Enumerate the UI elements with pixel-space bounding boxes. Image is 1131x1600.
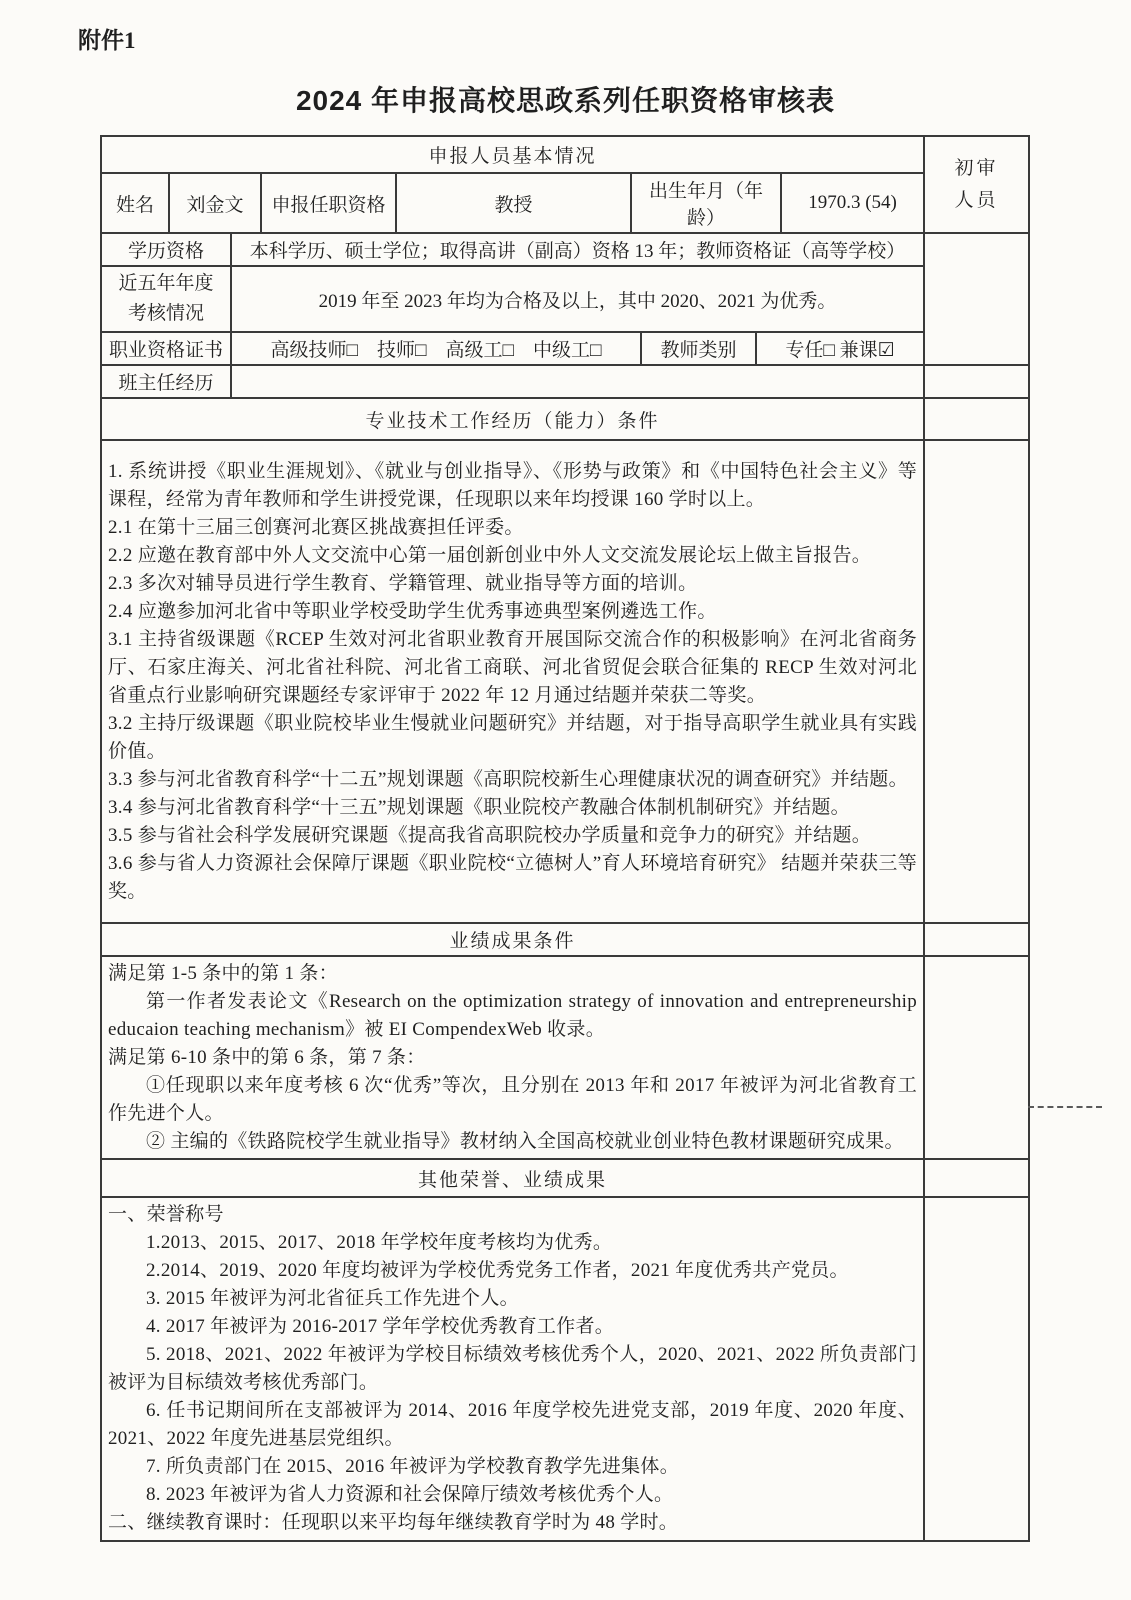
section3-paragraphs: 一、荣誉称号1.2013、2015、2017、2018 年学校年度考核均为优秀。… bbox=[108, 1201, 917, 1537]
section2-content: 满足第 1-5 条中的第 1 条：第一作者发表论文《Research on th… bbox=[101, 956, 924, 1159]
birth-label: 出生年月（年龄） bbox=[631, 173, 781, 233]
section3-title: 其他荣誉、业绩成果 bbox=[101, 1159, 924, 1197]
paragraph: ①任现职以来年度考核 6 次“优秀”等次，且分别在 2013 年和 2017 年… bbox=[108, 1072, 917, 1128]
section3-content: 一、荣誉称号1.2013、2015、2017、2018 年学校年度考核均为优秀。… bbox=[101, 1197, 924, 1541]
paragraph: 5. 2018、2021、2022 年被评为学校目标绩效考核优秀个人，2020、… bbox=[108, 1341, 917, 1397]
appraisal-label: 近五年年度 考核情况 bbox=[101, 266, 231, 332]
row-basic-info-header: 申报人员基本情况 初审 人员 bbox=[101, 136, 1029, 173]
basic-info-section-title: 申报人员基本情况 bbox=[101, 136, 924, 173]
row-education: 学历资格 本科学历、硕士学位；取得高讲（副高）资格 13 年；教师资格证（高等学… bbox=[101, 233, 1029, 266]
education-label: 学历资格 bbox=[101, 233, 231, 266]
paragraph: 3.2 主持厅级课题《职业院校毕业生慢就业问题研究》并结题，对于指导高职学生就业… bbox=[108, 710, 917, 766]
reviewer-cell-section2-header bbox=[924, 923, 1029, 956]
education-value: 本科学历、硕士学位；取得高讲（副高）资格 13 年；教师资格证（高等学校） bbox=[231, 233, 924, 266]
paragraph: 1. 系统讲授《职业生涯规划》、《就业与创业指导》、《形势与政策》和《中国特色社… bbox=[108, 458, 917, 514]
row-section1-content: 1. 系统讲授《职业生涯规划》、《就业与创业指导》、《形势与政策》和《中国特色社… bbox=[101, 440, 1029, 923]
row-section2-header: 业绩成果条件 bbox=[101, 923, 1029, 956]
paragraph: 8. 2023 年被评为省人力资源和社会保障厅绩效考核优秀个人。 bbox=[108, 1481, 917, 1509]
homeroom-label: 班主任经历 bbox=[101, 365, 231, 398]
page-title: 2024 年申报高校思政系列任职资格审核表 bbox=[0, 79, 1131, 119]
paragraph: 7. 所负责部门在 2015、2016 年被评为学校教育教学先进集体。 bbox=[108, 1453, 917, 1481]
paragraph: 2.2014、2019、2020 年度均被评为学校优秀党务工作者，2021 年度… bbox=[108, 1257, 917, 1285]
paragraph: 3.6 参与省人力资源社会保障厅课题《职业院校“立德树人”育人环境培育研究》 结… bbox=[108, 850, 917, 906]
section1-content: 1. 系统讲授《职业生涯规划》、《就业与创业指导》、《形势与政策》和《中国特色社… bbox=[101, 440, 924, 923]
section2-title: 业绩成果条件 bbox=[101, 923, 924, 956]
name-value: 刘金文 bbox=[169, 173, 261, 233]
reviewer-cell-section3-header bbox=[924, 1159, 1029, 1197]
row-section3-content: 一、荣誉称号1.2013、2015、2017、2018 年学校年度考核均为优秀。… bbox=[101, 1197, 1029, 1541]
appraisal-value: 2019 年至 2023 年均为合格及以上，其中 2020、2021 为优秀。 bbox=[231, 266, 924, 332]
dashed-cut-mark bbox=[1028, 1106, 1102, 1108]
section1-paragraphs: 1. 系统讲授《职业生涯规划》、《就业与创业指导》、《形势与政策》和《中国特色社… bbox=[108, 458, 917, 906]
section1-title: 专业技术工作经历（能力）条件 bbox=[101, 398, 924, 440]
certificate-label: 职业资格证书 bbox=[101, 332, 231, 365]
paragraph: 2.3 多次对辅导员进行学生教育、学籍管理、就业指导等方面的培训。 bbox=[108, 570, 917, 598]
paragraph: 满足第 1-5 条中的第 1 条： bbox=[108, 960, 917, 988]
review-form-table: 申报人员基本情况 初审 人员 姓名 刘金文 申报任职资格 教授 出生年月（年龄）… bbox=[100, 135, 1030, 1542]
paragraph: 4. 2017 年被评为 2016-2017 学年学校优秀教育工作者。 bbox=[108, 1313, 917, 1341]
paragraph: 2.1 在第十三届三创赛河北赛区挑战赛担任评委。 bbox=[108, 514, 917, 542]
attachment-label: 附件1 bbox=[78, 25, 1131, 57]
reviewer-cell-section1 bbox=[924, 440, 1029, 923]
row-appraisal: 近五年年度 考核情况 2019 年至 2023 年均为合格及以上，其中 2020… bbox=[101, 266, 1029, 332]
reviewer-cell-basic bbox=[924, 233, 1029, 365]
paragraph: 3.1 主持省级课题《RCEP 生效对河北省职业教育开展国际交流合作的积极影响》… bbox=[108, 626, 917, 710]
reviewer-cell-section1-header bbox=[924, 398, 1029, 440]
paragraph: 3.4 参与河北省教育科学“十三五”规划课题《职业院校产教融合体制机制研究》并结… bbox=[108, 794, 917, 822]
reviewer-column-header: 初审 人员 bbox=[924, 136, 1029, 233]
reviewer-cell-section2 bbox=[924, 956, 1029, 1159]
row-section2-content: 满足第 1-5 条中的第 1 条：第一作者发表论文《Research on th… bbox=[101, 956, 1029, 1159]
teacher-type-label: 教师类别 bbox=[641, 332, 756, 365]
certificate-checkboxes: 高级技师□ 技师□ 高级工□ 中级工□ bbox=[231, 332, 641, 365]
row-name: 姓名 刘金文 申报任职资格 教授 出生年月（年龄） 1970.3 (54) bbox=[101, 173, 1029, 233]
paragraph: 2.2 应邀在教育部中外人文交流中心第一届创新创业中外人文交流发展论坛上做主旨报… bbox=[108, 542, 917, 570]
reviewer-cell-homeroom bbox=[924, 365, 1029, 398]
document-page: 附件1 2024 年申报高校思政系列任职资格审核表 申报人员基本情况 初审 人员… bbox=[0, 0, 1131, 1600]
paragraph: 一、荣誉称号 bbox=[108, 1201, 917, 1229]
row-certificates: 职业资格证书 高级技师□ 技师□ 高级工□ 中级工□ 教师类别 专任□ 兼课☑ bbox=[101, 332, 1029, 365]
apply-title-label: 申报任职资格 bbox=[261, 173, 396, 233]
paragraph: ② 主编的《铁路院校学生就业指导》教材纳入全国高校就业创业特色教材课题研究成果。 bbox=[108, 1128, 917, 1156]
birth-value: 1970.3 (54) bbox=[781, 173, 924, 233]
paragraph: 1.2013、2015、2017、2018 年学校年度考核均为优秀。 bbox=[108, 1229, 917, 1257]
apply-title-value: 教授 bbox=[396, 173, 631, 233]
row-section1-header: 专业技术工作经历（能力）条件 bbox=[101, 398, 1029, 440]
homeroom-value bbox=[231, 365, 924, 398]
teacher-type-checkboxes: 专任□ 兼课☑ bbox=[756, 332, 924, 365]
row-section3-header: 其他荣誉、业绩成果 bbox=[101, 1159, 1029, 1197]
paragraph: 2.4 应邀参加河北省中等职业学校受助学生优秀事迹典型案例遴选工作。 bbox=[108, 598, 917, 626]
section2-paragraphs: 满足第 1-5 条中的第 1 条：第一作者发表论文《Research on th… bbox=[108, 960, 917, 1156]
paragraph: 3. 2015 年被评为河北省征兵工作先进个人。 bbox=[108, 1285, 917, 1313]
paragraph: 满足第 6-10 条中的第 6 条，第 7 条： bbox=[108, 1044, 917, 1072]
paragraph: 3.5 参与省社会科学发展研究课题《提高我省高职院校办学质量和竞争力的研究》并结… bbox=[108, 822, 917, 850]
paragraph: 二、继续教育课时：任现职以来平均每年继续教育学时为 48 学时。 bbox=[108, 1509, 917, 1537]
reviewer-cell-section3 bbox=[924, 1197, 1029, 1541]
row-homeroom: 班主任经历 bbox=[101, 365, 1029, 398]
name-label: 姓名 bbox=[101, 173, 169, 233]
paragraph: 3.3 参与河北省教育科学“十二五”规划课题《高职院校新生心理健康状况的调查研究… bbox=[108, 766, 917, 794]
paragraph: 第一作者发表论文《Research on the optimization st… bbox=[108, 988, 917, 1044]
paragraph: 6. 任书记期间所在支部被评为 2014、2016 年度学校先进党支部，2019… bbox=[108, 1397, 917, 1453]
